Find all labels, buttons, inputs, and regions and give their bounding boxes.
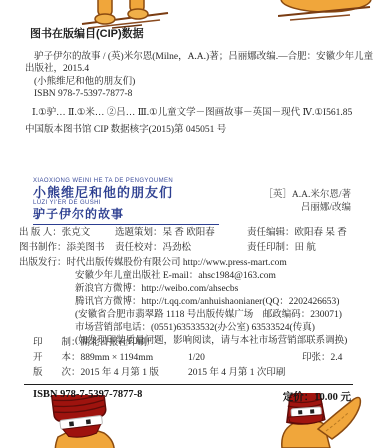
series-pinyin: XIAOXIONG WEINI HE TA DE PENGYOUMEN bbox=[33, 178, 219, 185]
cip-classification-line: Ⅰ.①驴… Ⅱ.①米… ②吕… Ⅲ.①儿童文学－图画故事－英国－现代 Ⅳ.①I5… bbox=[25, 107, 359, 120]
cip-publisher-line: 出版社，2015.4 bbox=[25, 63, 359, 76]
cip-isbn-line: ISBN 978-7-5397-7877-8 bbox=[25, 88, 359, 101]
format-row: 开 本：889mm × 1194mm 1/20 印张：2.4 bbox=[33, 351, 365, 366]
printer-row: 印 制：湖北日报社印刷厂 bbox=[33, 336, 365, 351]
cip-data-block: 图书在版编目(CIP)数据 驴子伊尔的故事 / (英)米尔恩(Milne，A.A… bbox=[25, 28, 359, 137]
printing-info: 印 制：湖北日报社印刷厂 开 本：889mm × 1194mm 1/20 印张：… bbox=[33, 336, 365, 381]
series-title: 小熊维尼和他的朋友们 bbox=[33, 185, 219, 200]
isbn-number: ISBN 978-7-5397-7877-8 bbox=[33, 389, 142, 404]
character-feet-on-sticks-illustration bbox=[80, 0, 172, 30]
adapter-line: 吕丽娜/改编 bbox=[263, 202, 351, 215]
printer-name: 湖北日报社印刷厂 bbox=[81, 338, 157, 348]
tencent-weibo-line: 腾讯官方微博：http://t.qq.com/anhuishaonianer(Q… bbox=[75, 296, 365, 309]
edition-value: 2015 年 4 月第 1 版 bbox=[81, 368, 159, 378]
edition-row: 版 次：2015 年 4 月第 1 版 2015 年 4 月第 1 次印刷 bbox=[33, 366, 365, 381]
marketing-phone-line: 市场营销部电话：(0551)63533532(办公室) 63533524(传真) bbox=[75, 322, 365, 335]
author-block: ［英］A.A.米尔恩/著 吕丽娜/改编 bbox=[263, 189, 351, 215]
address-line: (安徽省合肥市翡翠路 1118 号出版传媒广场 邮政编码：230071) bbox=[75, 309, 365, 322]
isbn-price-row: ISBN 978-7-5397-7877-8 定价：10.00 元 bbox=[33, 389, 351, 404]
credit-row: 出 版 人：张克文 选题策划：杲 香 欧阳春 责任编辑：欧阳春 杲 香 bbox=[19, 226, 365, 241]
impression-value: 2015 年 4 月第 1 次印刷 bbox=[188, 366, 285, 381]
format-value: 889mm × 1194mm bbox=[81, 353, 154, 363]
print-supervisor: 责任印制：田 航 bbox=[247, 241, 365, 256]
character-lying-on-sticks-illustration bbox=[278, 0, 375, 22]
sheet-count: 印张：2.4 bbox=[302, 351, 342, 366]
sheet-fraction: 1/20 bbox=[188, 351, 205, 366]
publishing-credits: 出 版 人：张克文 选题策划：杲 香 欧阳春 责任编辑：欧阳春 杲 香 图书制作… bbox=[19, 226, 365, 348]
title-block: XIAOXIONG WEINI HE TA DE PENGYOUMEN 小熊维尼… bbox=[33, 178, 219, 225]
footer-divider bbox=[24, 384, 353, 385]
author-line: ［英］A.A.米尔恩/著 bbox=[263, 189, 351, 202]
sina-weibo-line: 新浪官方微博：http://weibo.com/ahsecbs bbox=[75, 283, 365, 296]
cip-heading: 图书在版编目(CIP)数据 bbox=[30, 28, 359, 41]
responsible-editor: 责任编辑：欧阳春 杲 香 bbox=[247, 226, 365, 241]
book-title-pinyin: LÜZI YI'ER DE GUSHI bbox=[33, 200, 219, 207]
book-title: 驴子伊尔的故事 bbox=[33, 207, 219, 225]
book-production: 图书制作：添美图书 bbox=[19, 241, 115, 256]
proofreader: 责任校对：冯劲松 bbox=[115, 241, 247, 256]
cip-registry-line: 中国版本图书馆 CIP 数据核字(2015)第 045051 号 bbox=[25, 124, 359, 137]
cip-series-line: (小熊维尼和他的朋友们) bbox=[25, 76, 359, 89]
publisher-person: 出 版 人：张克文 bbox=[19, 226, 115, 241]
cip-title-line: 驴子伊尔的故事 / (英)米尔恩(Milne，A.A.)著；吕丽娜改编.—合肥：… bbox=[25, 51, 359, 64]
publisher-line: 出版发行：时代出版传媒股份有限公司 http://www.press-mart.… bbox=[19, 256, 365, 270]
price: 定价：10.00 元 bbox=[283, 389, 351, 404]
credit-row: 图书制作：添美图书 责任校对：冯劲松 责任印制：田 航 bbox=[19, 241, 365, 256]
publisher-email-line: 安徽少年儿童出版社 E-mail：ahsc1984@163.com bbox=[75, 270, 365, 283]
topic-planner: 选题策划：杲 香 欧阳春 bbox=[115, 226, 247, 241]
book-copyright-page: 图书在版编目(CIP)数据 驴子伊尔的故事 / (英)米尔恩(Milne，A.A… bbox=[0, 0, 375, 448]
